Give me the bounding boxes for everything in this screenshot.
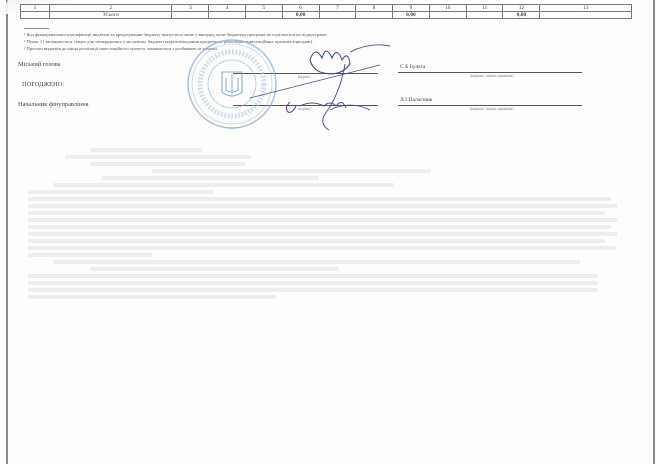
table-cell: 13	[540, 5, 632, 12]
table-header-row: 1 2 3 4 5 6 7 8 9 10 11 12 13	[21, 5, 632, 12]
total-col12: 0,00	[503, 12, 540, 19]
footnote-1: ¹ Код функціональної класифікації видатк…	[24, 31, 328, 38]
agreed-label: ПОГОДЖЕНО:	[22, 81, 64, 88]
table-cell: 3	[172, 5, 209, 12]
table-cell	[540, 12, 632, 19]
table-cell: 5	[245, 5, 282, 12]
table-cell: 2	[50, 5, 172, 12]
finance-title: Начальник фінуправління	[18, 101, 89, 108]
table-cell: 11	[466, 5, 503, 12]
table-cell	[429, 12, 466, 19]
table-cell	[172, 12, 209, 19]
table-cell: 10	[429, 5, 466, 12]
head-name-caption: (ініціали / ініціал, прізвище)	[470, 74, 514, 78]
total-col9: 0,00	[392, 12, 429, 19]
table-cell: 8	[356, 5, 393, 12]
table-cell: 4	[209, 5, 246, 12]
head-title: Міський голова	[18, 61, 60, 68]
table-cell	[319, 12, 356, 19]
total-col6: 0,00	[282, 12, 319, 19]
head-name-line	[398, 72, 582, 73]
table-cell	[245, 12, 282, 19]
table-cell: 7	[319, 5, 356, 12]
bleed-through-text	[28, 145, 648, 455]
table-cell: 9	[392, 5, 429, 12]
finance-name-line	[398, 105, 582, 106]
signature-scribbles-icon	[230, 40, 405, 135]
table-cell	[21, 12, 50, 19]
table-total-row: Усього 0,00 0,00 0,00	[21, 12, 632, 19]
table-cell	[209, 12, 246, 19]
total-label: Усього	[50, 12, 172, 19]
footnote-divider	[24, 28, 49, 29]
table-cell	[356, 12, 393, 19]
table-cell: 12	[503, 5, 540, 12]
finance-name-caption: (ініціали / ініціал, прізвище)	[470, 107, 514, 111]
table-cell: 6	[282, 5, 319, 12]
document-page: 1 2 3 4 5 6 7 8 9 10 11 12 13 Усього 0,0…	[6, 0, 655, 464]
table-cell: 1	[21, 5, 50, 12]
budget-table: 1 2 3 4 5 6 7 8 9 10 11 12 13 Усього 0,0…	[20, 4, 632, 19]
table-cell	[466, 12, 503, 19]
